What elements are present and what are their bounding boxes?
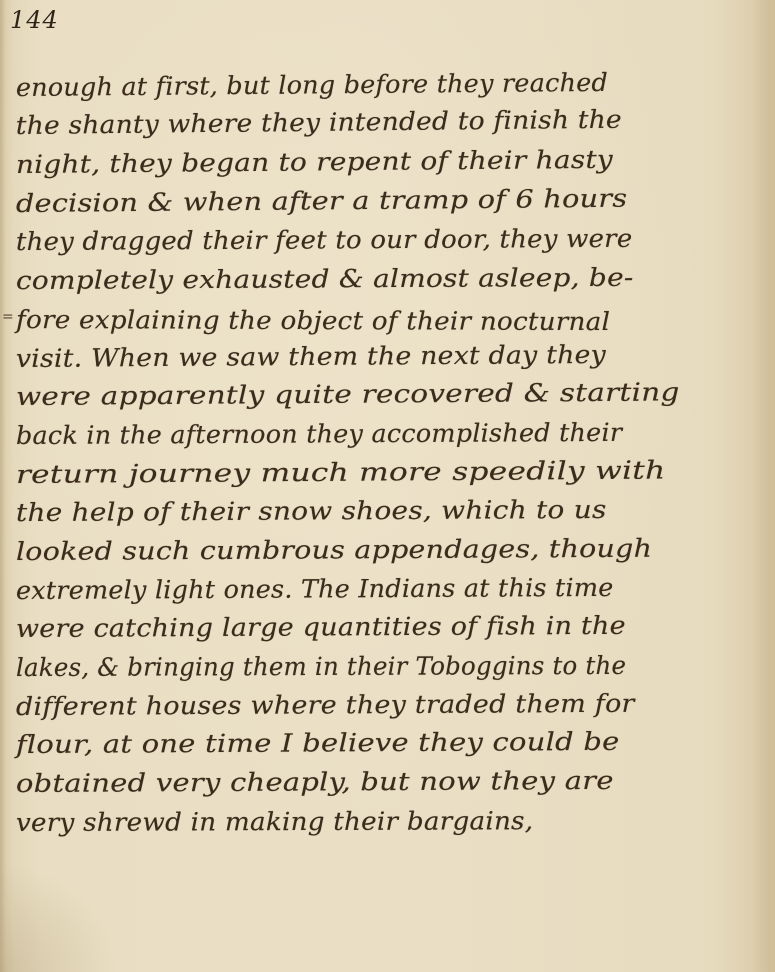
line-text: the help of their snow shoes, which to u… (16, 495, 607, 528)
text-line: visit. When we saw them the next day the… (0, 335, 775, 374)
text-line: completely exhausted & almost asleep, be… (0, 257, 775, 296)
line-text: extremely light ones. The Indians at thi… (16, 572, 614, 605)
text-line: decision & when after a tramp of 6 hours (0, 180, 775, 219)
line-text: flour, at one time I believe they could … (16, 727, 620, 760)
text-line: the help of their snow shoes, which to u… (0, 490, 775, 529)
line-text: the shanty where they intended to finish… (16, 105, 622, 141)
text-line: enough at first, but long before they re… (0, 64, 775, 103)
line-text: night, they began to repent of their has… (16, 145, 613, 180)
line-text: obtained very cheaply, but now they are (16, 766, 614, 799)
line-text: back in the afternoon they accomplished … (16, 418, 622, 451)
text-line: were apparently quite recovered & starti… (0, 374, 775, 413)
text-line: night, they began to repent of their has… (0, 141, 775, 180)
text-line: looked such cumbrous appendages, though (0, 528, 775, 567)
text-line: different houses where they traded them … (0, 683, 775, 722)
text-line: were catching large quantities of fish i… (0, 606, 775, 645)
line-text: were apparently quite recovered & starti… (16, 378, 680, 413)
text-line: the shanty where they intended to finish… (0, 103, 775, 142)
page-fold-shadow (0, 862, 120, 972)
text-line: lakes, & bringing them in their Toboggin… (0, 644, 775, 683)
line-text: were catching large quantities of fish i… (16, 611, 626, 644)
text-line: very shrewd in making their bargains, (0, 799, 775, 838)
manuscript-page: 144 enough at first, but long before the… (0, 0, 775, 972)
line-text: decision & when after a tramp of 6 hours (16, 183, 628, 218)
line-text: very shrewd in making their bargains, (16, 806, 533, 838)
text-line: they dragged their feet to our door, the… (0, 219, 775, 258)
line-text: they dragged their feet to our door, the… (16, 224, 633, 257)
text-line: return journey much more speedily with (0, 451, 775, 490)
line-text: return journey much more speedily with (16, 455, 666, 490)
line-text: lakes, & bringing them in their Toboggin… (16, 651, 626, 683)
line-text: enough at first, but long before they re… (16, 68, 608, 103)
text-line: obtained very cheaply, but now they are (0, 760, 775, 799)
handwritten-text-body: enough at first, but long before they re… (0, 64, 775, 838)
line-text: completely exhausted & almost asleep, be… (16, 263, 634, 296)
line-text: visit. When we saw them the next day the… (16, 339, 606, 373)
text-line: back in the afternoon they accomplished … (0, 412, 775, 451)
text-line: extremely light ones. The Indians at thi… (0, 567, 775, 606)
text-line: =fore explaining the object of their noc… (0, 296, 775, 335)
page-number: 144 (10, 6, 59, 34)
line-text: fore explaining the object of their noct… (16, 305, 610, 337)
text-line: flour, at one time I believe they could … (0, 722, 775, 761)
margin-mark: = (2, 309, 14, 325)
line-text: different houses where they traded them … (16, 688, 635, 721)
line-text: looked such cumbrous appendages, though (16, 534, 652, 567)
